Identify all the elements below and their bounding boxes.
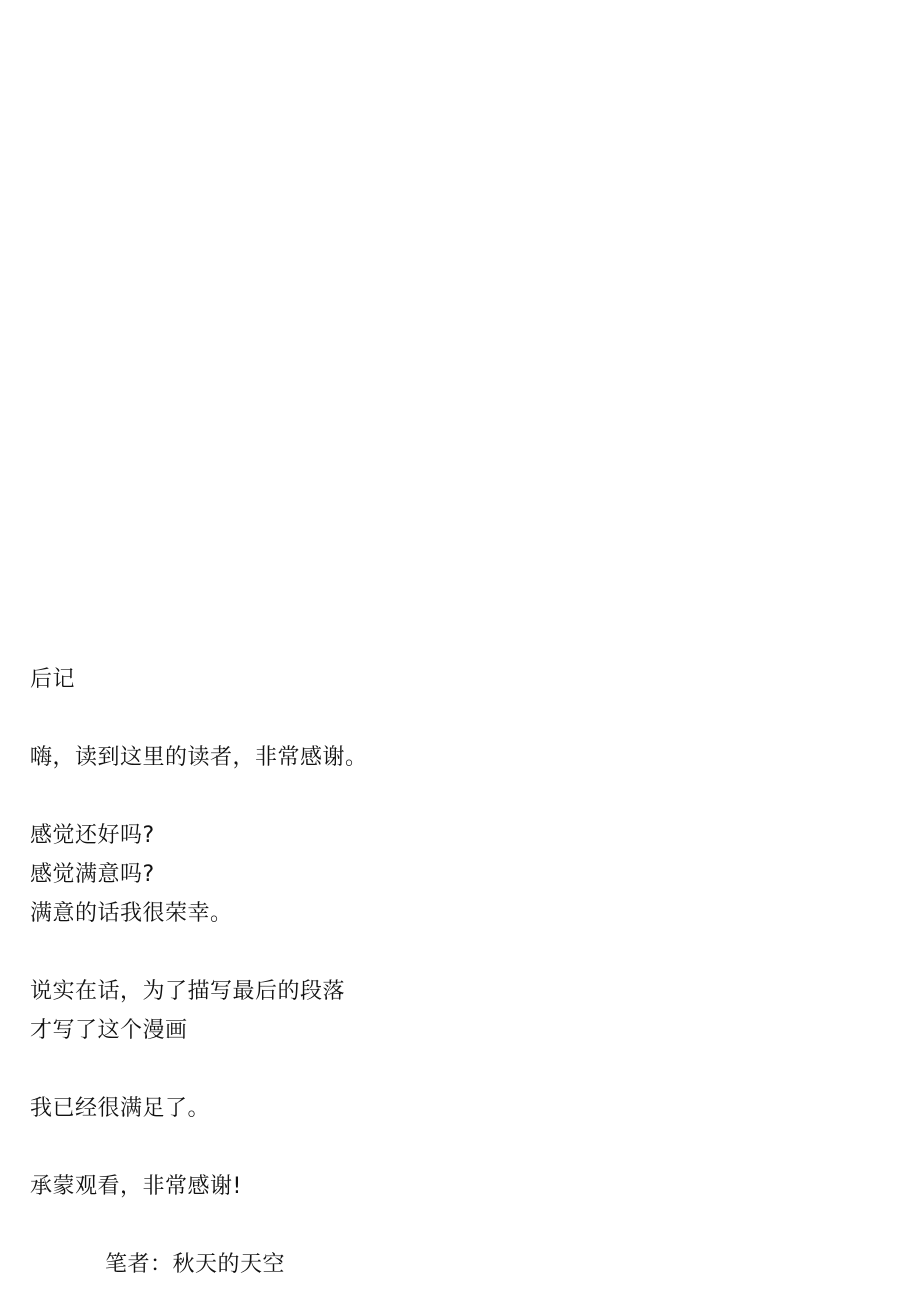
blank-line (30, 1206, 870, 1245)
confession-line: 才写了这个漫画 (30, 1011, 870, 1050)
author-signature: 笔者：秋天的天空 (30, 1245, 870, 1284)
question-line: 满意的话我很荣幸。 (30, 894, 870, 933)
manga-page: 后记 嗨，读到这里的读者，非常感谢。 感觉还好吗? 感觉满意吗? 满意的话我很荣… (0, 0, 905, 1300)
greeting-line: 嗨，读到这里的读者，非常感谢。 (30, 738, 870, 777)
blank-line (30, 699, 870, 738)
question-line: 感觉满意吗? (30, 855, 870, 894)
satisfaction-line: 我已经很满足了。 (30, 1089, 870, 1128)
confession-line: 说实在话，为了描写最后的段落 (30, 972, 870, 1011)
blank-line (30, 1128, 870, 1167)
blank-line (30, 1050, 870, 1089)
question-line: 感觉还好吗? (30, 816, 870, 855)
blank-line (30, 933, 870, 972)
thanks-line: 承蒙观看，非常感谢! (30, 1167, 870, 1206)
afterword-text-block: 后记 嗨，读到这里的读者，非常感谢。 感觉还好吗? 感觉满意吗? 满意的话我很荣… (30, 660, 870, 1284)
afterword-title: 后记 (30, 660, 870, 699)
blank-line (30, 777, 870, 816)
